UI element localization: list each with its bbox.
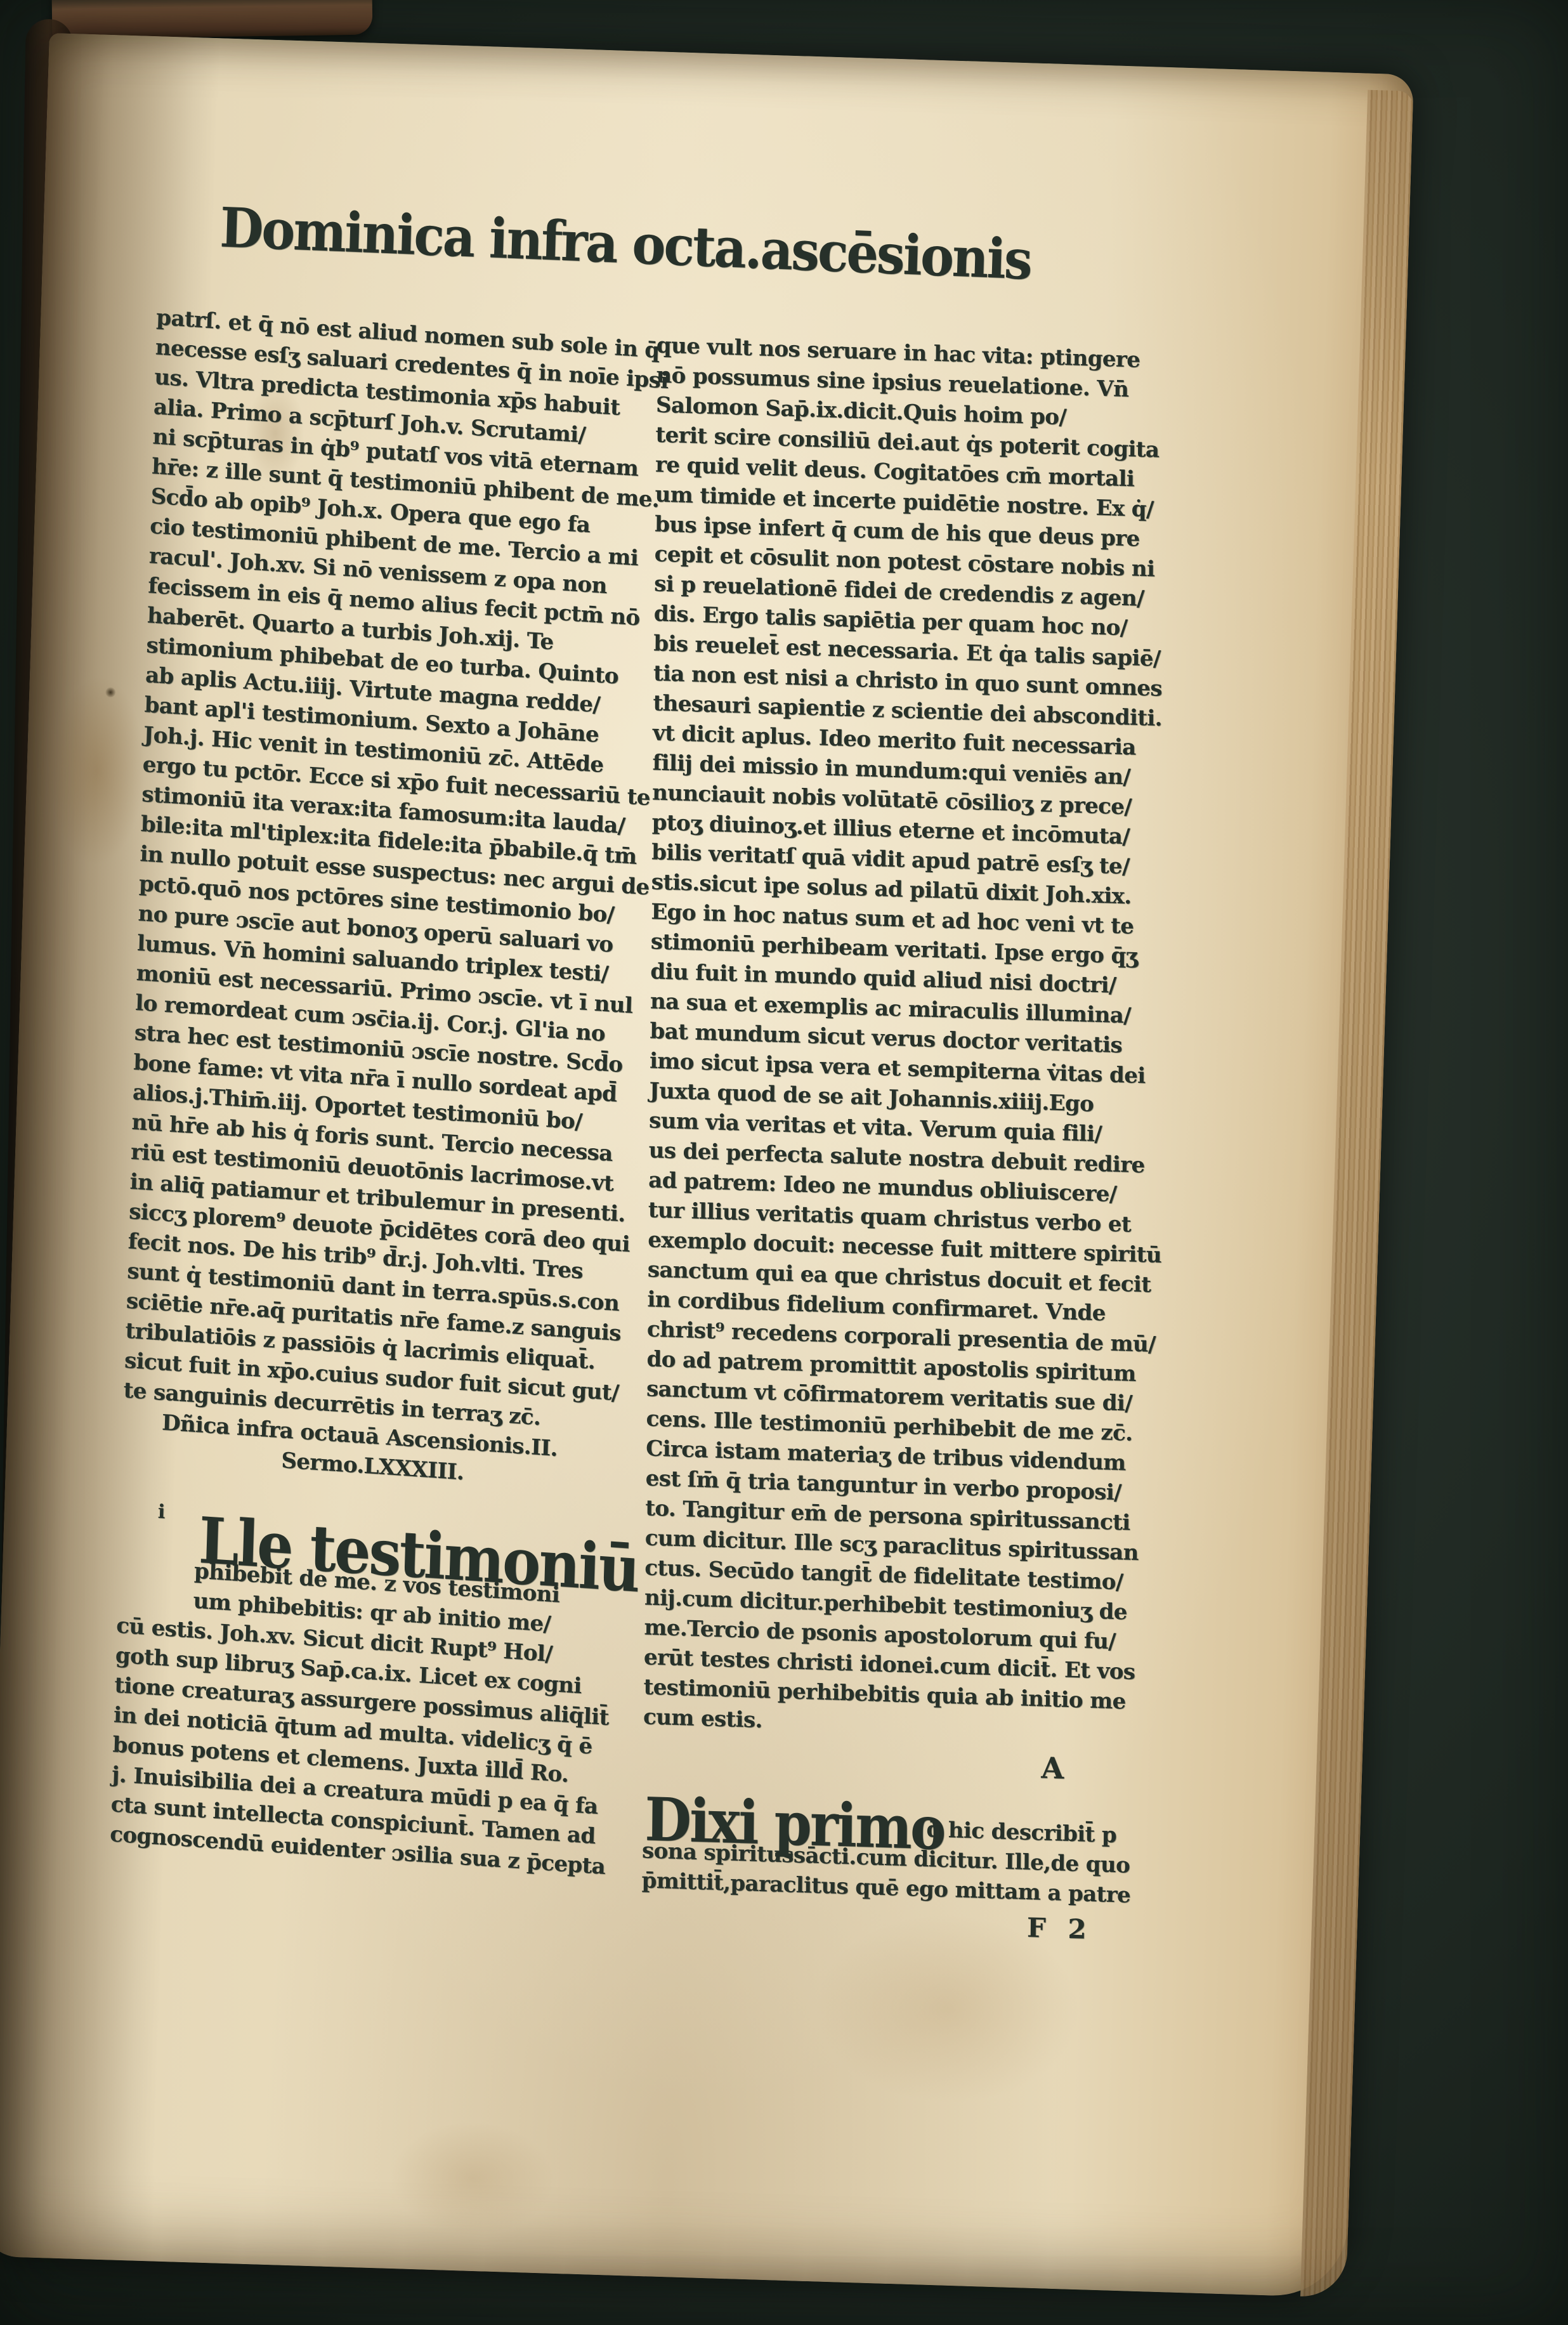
initial-guide-letter: i — [157, 1497, 165, 1527]
body-text: cū estis. Joh.xv. Sicut dicit Rupt⁹ Hol/… — [110, 1611, 631, 1883]
body-text: patrſ. et q̄ nō est aliud nomen sub sole… — [123, 303, 671, 1439]
worm-hole — [105, 687, 115, 697]
book-page: Dominica infra octa.ascēsionis patrſ. et… — [0, 33, 1414, 2298]
sermon-heading-row: Dixi primo A q̄ hic describit̄ p — [642, 1736, 1158, 1852]
paper-stain — [388, 2119, 556, 2238]
paper-stain — [47, 674, 148, 867]
incipit-heading: Lle testimoniū — [199, 1526, 639, 1585]
annotation-letter: A — [1041, 1753, 1064, 1784]
page-edge-stack — [1300, 90, 1413, 2298]
page-heading: Dominica infra octa.ascēsionis — [219, 195, 1037, 292]
heading-side-text: q̄ hic describit̄ p — [926, 1815, 1116, 1850]
book-photograph: { "page": { "header_title": "Dominica in… — [0, 0, 1568, 2325]
right-text-column: que vult nos seruare in hac vita: ptinge… — [641, 331, 1172, 1946]
sermon-heading: Dixi primo — [644, 1805, 944, 1844]
binding-leather — [52, 0, 373, 39]
body-text: que vult nos seruare in hac vita: ptinge… — [643, 331, 1172, 1748]
left-text-column: patrſ. et q̄ nō est aliud nomen sub sole… — [110, 303, 671, 1883]
